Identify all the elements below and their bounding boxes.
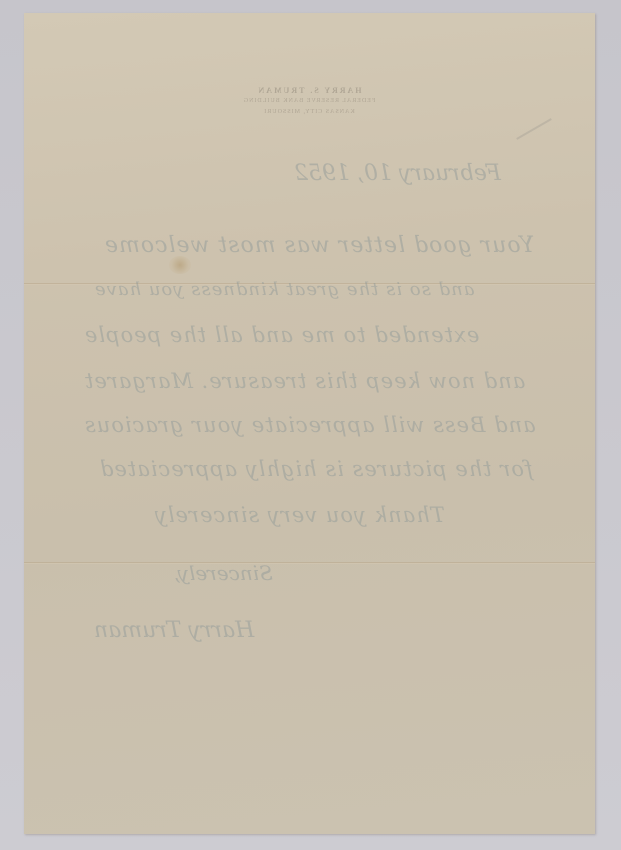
signature: Harry Truman (94, 618, 254, 643)
letter-line-2: and so is the great kindness you have (94, 279, 474, 300)
letter-line-7: Thank you very sincerely (154, 503, 445, 527)
letter-date: February 10, 1952 (294, 161, 501, 186)
letterhead-address-line-2: KANSAS CITY, MISSOURI (194, 107, 424, 118)
pencil-mark (516, 118, 552, 140)
letter-closing: Sincerely, (174, 561, 273, 585)
paper-stain (169, 256, 191, 274)
letter-line-1: Your good letter was most welcome (104, 233, 534, 258)
letter-line-3: extended to me and all the people (84, 323, 479, 347)
fold-line-lower (24, 562, 595, 564)
letter-line-6: for the pictures is highly appreciated (99, 457, 533, 481)
letter-line-4: and now keep this treasure. Margaret (84, 369, 525, 393)
letter-page: HARRY S. TRUMAN FEDERAL RESERVE BANK BUI… (24, 13, 595, 834)
letterhead-showthrough: HARRY S. TRUMAN FEDERAL RESERVE BANK BUI… (194, 85, 424, 118)
letter-line-5: and Bess will appreciate your gracious (84, 413, 536, 437)
letterhead-name: HARRY S. TRUMAN (194, 85, 424, 96)
letterhead-address-line-1: FEDERAL RESERVE BANK BUILDING (194, 96, 424, 107)
